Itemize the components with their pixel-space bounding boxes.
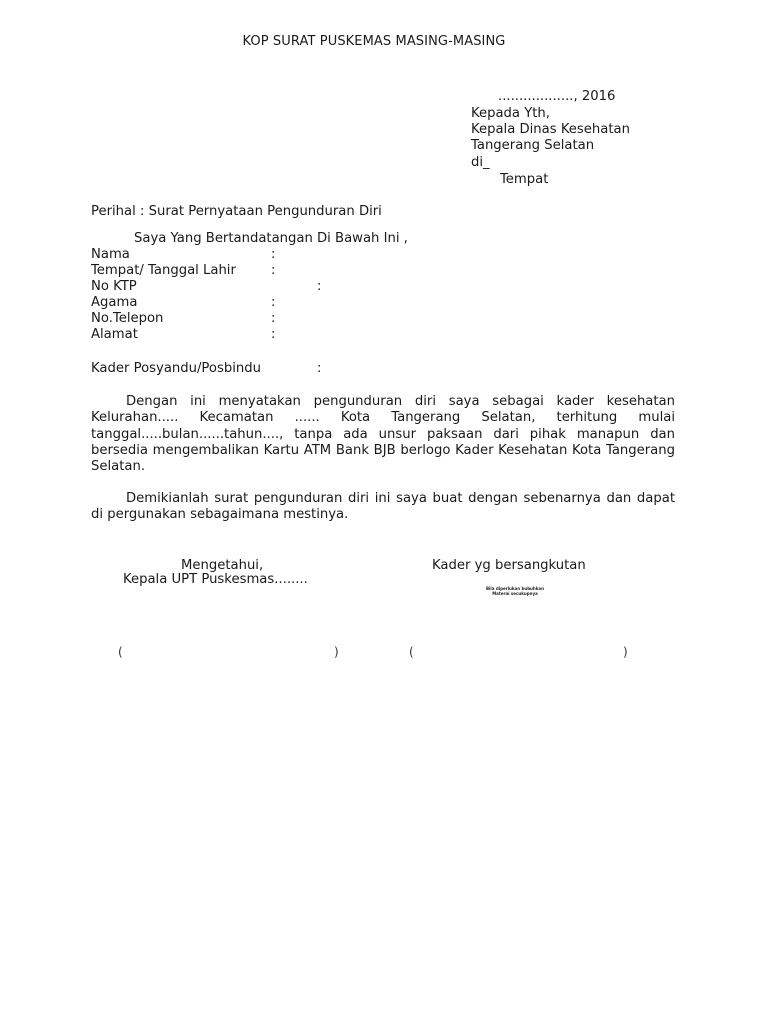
stamp-note-line2: Materai secukupnya [486, 592, 544, 597]
field-label-alamat: Alamat [91, 327, 138, 342]
signature-left-open-paren: ( [118, 645, 123, 659]
field-colon-telepon: : [271, 311, 275, 326]
field-colon-kader: : [317, 361, 321, 376]
field-colon-alamat: : [271, 327, 275, 342]
signature-right-open-paren: ( [409, 645, 414, 659]
closing-paragraph-text: Demikianlah surat pengunduran diri ini s… [91, 491, 675, 522]
body-paragraph: Dengan ini menyatakan pengunduran diri s… [91, 394, 675, 475]
field-label-kader: Kader Posyandu/Posbindu [91, 361, 261, 376]
recipient-di: di_ [471, 155, 490, 172]
recipient-place: Tempat [500, 172, 548, 189]
letterhead: KOP SURAT PUSKEMAS MASING-MASING [0, 34, 748, 49]
signature-left-close-paren: ) [334, 645, 339, 659]
signature-left-label: Mengetahui, [181, 558, 263, 573]
field-label-agama: Agama [91, 295, 137, 310]
field-colon-ktp: : [317, 279, 321, 294]
field-label-ktp: No KTP [91, 279, 137, 294]
body-paragraph-text: Dengan ini menyatakan pengunduran diri s… [91, 394, 675, 474]
signature-left-title: Kepala UPT Puskesmas........ [123, 572, 308, 587]
date-line: .................., 2016 [498, 89, 615, 106]
document-page: KOP SURAT PUSKEMAS MASING-MASING .......… [0, 0, 768, 1024]
field-colon-agama: : [271, 295, 275, 310]
recipient-city: Tangerang Selatan [471, 138, 594, 155]
recipient-title: Kepala Dinas Kesehatan [471, 122, 630, 139]
field-label-nama: Nama [91, 247, 130, 262]
stamp-note: Bila diperlukan bubuhkan Materai secukup… [486, 587, 544, 596]
recipient-greeting: Kepada Yth, [471, 106, 550, 123]
field-colon-ttl: : [271, 263, 275, 278]
subject-line: Perihal : Surat Pernyataan Pengunduran D… [91, 204, 382, 219]
field-colon-nama: : [271, 247, 275, 262]
closing-paragraph: Demikianlah surat pengunduran diri ini s… [91, 491, 675, 524]
field-label-telepon: No.Telepon [91, 311, 163, 326]
signature-right-label: Kader yg bersangkutan [432, 558, 586, 573]
signature-right-close-paren: ) [623, 645, 628, 659]
intro-line: Saya Yang Bertandatangan Di Bawah Ini , [134, 231, 408, 246]
field-label-ttl: Tempat/ Tanggal Lahir [91, 263, 236, 278]
